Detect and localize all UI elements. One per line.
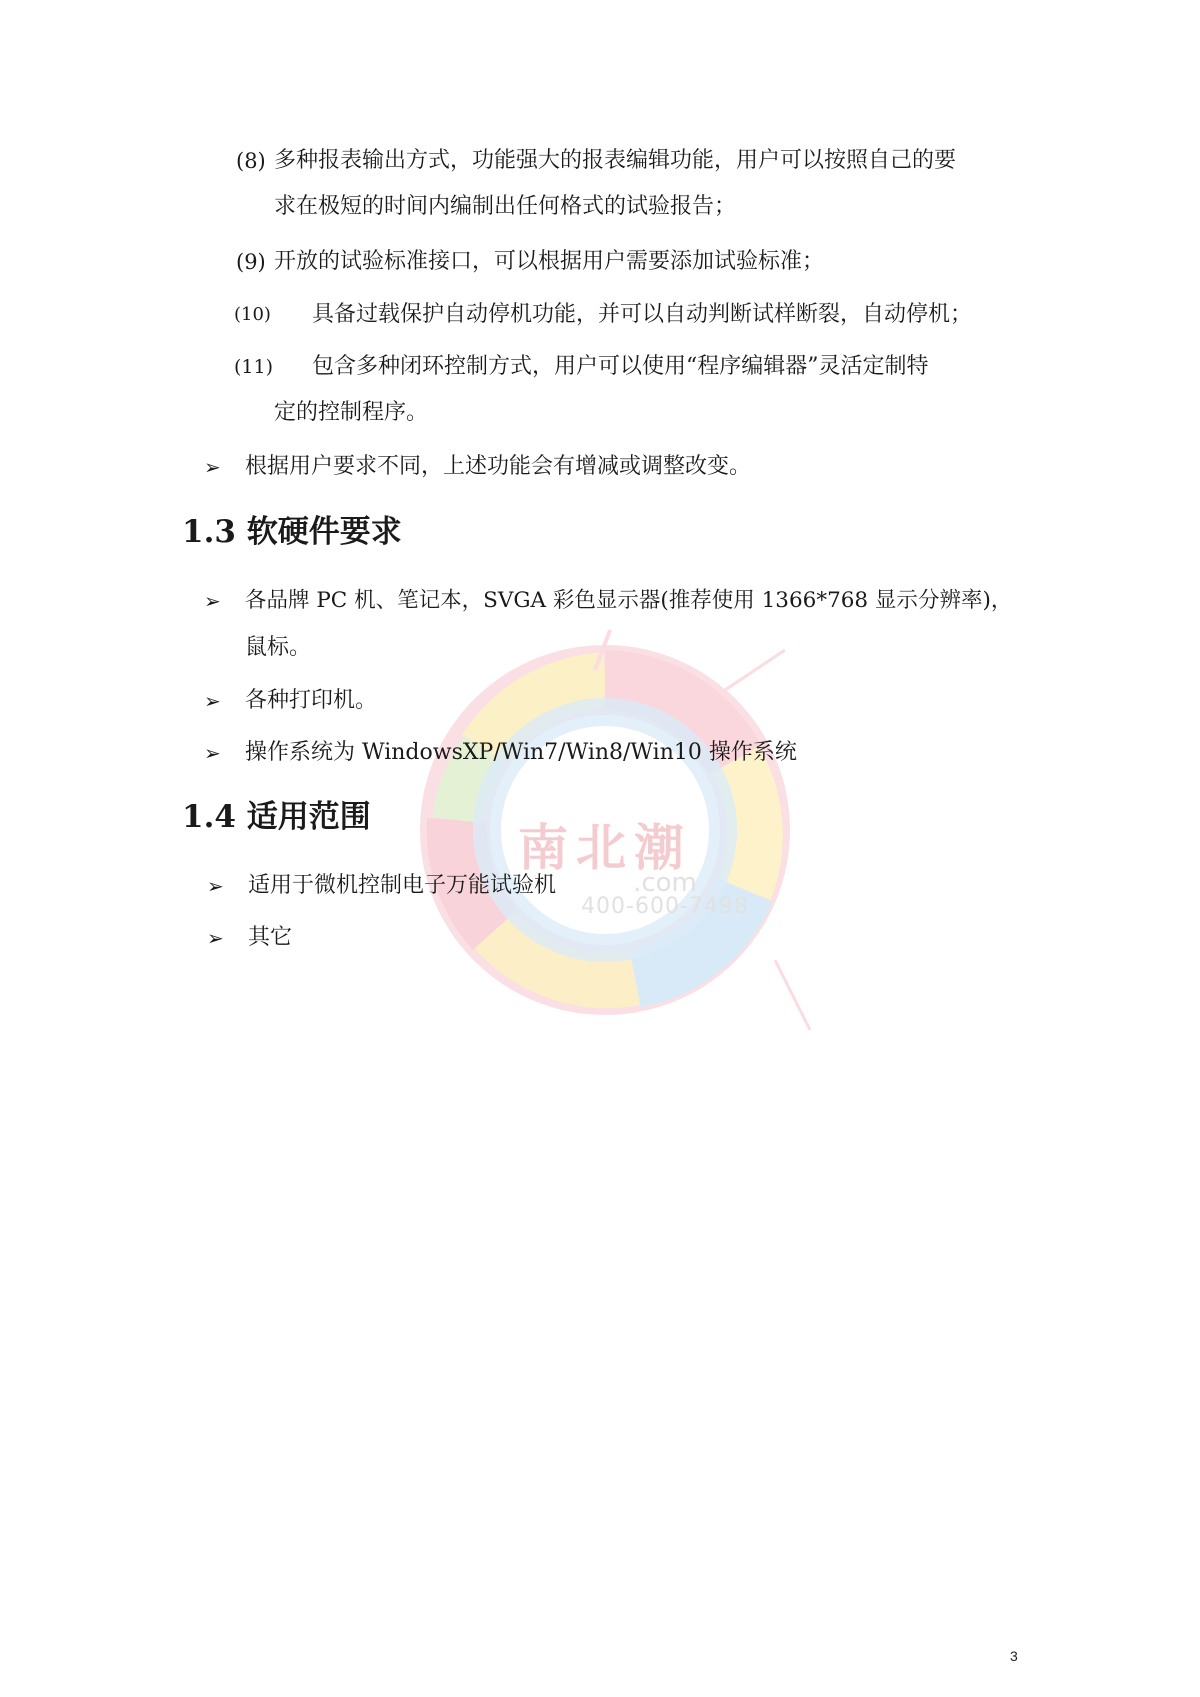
scope-testing-machine: 适用于微机控制电子万能试验机 (248, 871, 556, 901)
arrow-bullet-icon: ➢ (207, 923, 224, 953)
paint-ring-icon (395, 630, 815, 1050)
watermark-logo: 南北潮 .com 400-600-7498 (395, 630, 815, 1050)
scope-other: 其它 (248, 923, 292, 953)
arrow-bullet-icon: ➢ (204, 738, 221, 768)
item-9-line-1: 开放的试验标准接口，可以根据用户需要添加试验标准； (274, 247, 824, 277)
item-marker: (10) (234, 300, 271, 330)
section-heading-1-3: 1.3 软硬件要求 (182, 512, 402, 552)
item-marker: (9) (236, 247, 266, 277)
requirement-os: 操作系统为 WindowsXP/Win7/Win8/Win10 操作系统 (245, 738, 797, 768)
item-10-line-1: 具备过载保护自动停机功能，并可以自动判断试样断裂，自动停机； (312, 300, 972, 330)
section-heading-1-4: 1.4 适用范围 (182, 797, 371, 837)
item-8-line-1: 多种报表输出方式，功能强大的报表编辑功能，用户可以按照自己的要 (274, 146, 956, 176)
item-11-line-1: 包含多种闭环控制方式，用户可以使用“程序编辑器”灵活定制特 (312, 352, 929, 382)
item-marker: (8) (236, 146, 266, 176)
note-text: 根据用户要求不同，上述功能会有增减或调整改变。 (245, 452, 751, 482)
document-page: 南北潮 .com 400-600-7498 (8) 多种报表输出方式，功能强大的… (0, 0, 1200, 1697)
requirement-hardware-line-2: 鼠标。 (245, 633, 311, 663)
watermark-brand: 南北潮 (395, 808, 815, 880)
item-8-line-2: 求在极短的时间内编制出任何格式的试验报告； (274, 192, 736, 222)
arrow-bullet-icon: ➢ (207, 871, 224, 901)
item-11-line-2: 定的控制程序。 (274, 398, 428, 428)
requirement-hardware-line-1: 各品牌 PC 机、笔记本，SVGA 彩色显示器(推荐使用 1366*768 显示… (245, 586, 1012, 616)
requirement-printer: 各种打印机。 (245, 686, 377, 716)
item-marker: (11) (234, 352, 273, 382)
page-number: 3 (1010, 1648, 1018, 1664)
arrow-bullet-icon: ➢ (204, 686, 221, 716)
arrow-bullet-icon: ➢ (204, 452, 221, 482)
arrow-bullet-icon: ➢ (204, 586, 221, 616)
